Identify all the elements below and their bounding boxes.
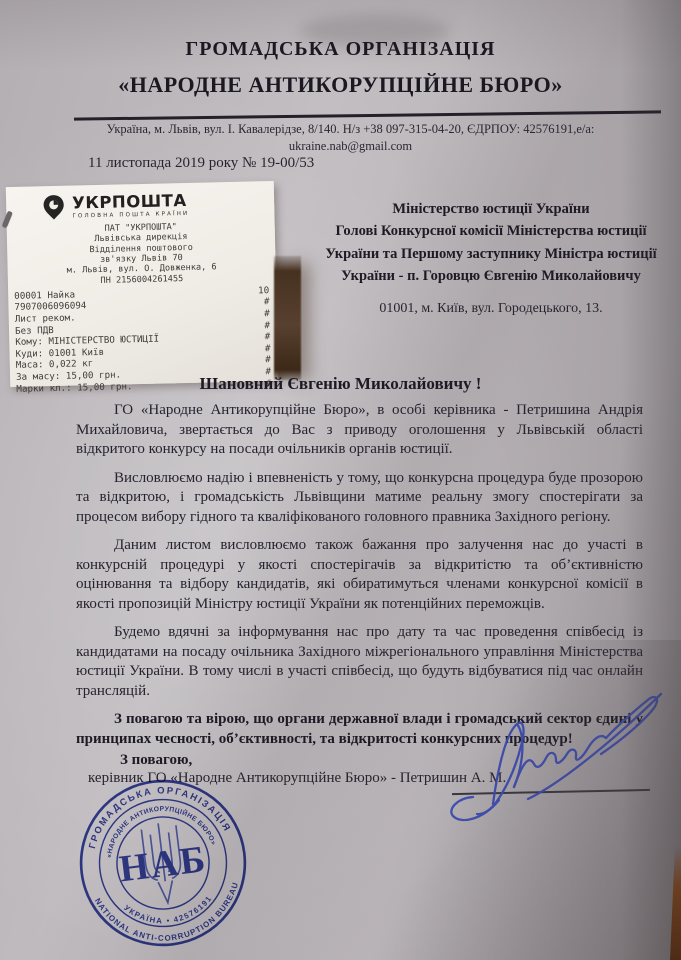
- recipient-block: Міністерство юстиції України Голові Конк…: [308, 198, 674, 320]
- svg-text:NATIONAL ANTI-CORRUPTION BUREA: NATIONAL ANTI-CORRUPTION BUREAU: [92, 880, 246, 952]
- brand-tagline: ГОЛОВНА ПОШТА КРАЇНИ: [72, 212, 189, 220]
- table-edge-sliver: [670, 846, 681, 960]
- letterhead-rule: [74, 110, 661, 120]
- paragraph-4: Будемо вдячні за інформування нас про да…: [76, 623, 643, 701]
- brand-name: УКРПОШТА: [72, 193, 189, 212]
- salutation: Шановний Євгенію Миколайовичу !: [0, 374, 681, 394]
- recipient-line: Міністерство юстиції України: [308, 198, 674, 220]
- receipt-item-value: #: [265, 355, 271, 367]
- letter-body: ГО «Народне Антикорупційне Бюро», в особ…: [76, 401, 643, 758]
- date-reference-line: 11 листопада 2019 року № 19-00/53: [88, 155, 314, 172]
- org-type-title: ГРОМАДСЬКА ОРГАНІЗАЦІЯ: [0, 38, 681, 61]
- signature-line: [452, 789, 650, 795]
- letterhead-address: Україна, м. Львів, вул. І. Кавалерідзе, …: [40, 121, 661, 155]
- letterhead-address-line: Україна, м. Львів, вул. І. Кавалерідзе, …: [40, 121, 661, 138]
- receipt-item-value: #: [264, 308, 270, 320]
- receipt-item-label: 7907006096094: [14, 301, 86, 314]
- paragraph-3: Даним листом висловлюємо також бажання п…: [76, 536, 643, 614]
- stamp-center-text: НАБ: [117, 838, 209, 890]
- paragraph-2: Висловлюємо надію і впевненість у тому, …: [76, 469, 643, 528]
- brand-text: УКРПОШТА ГОЛОВНА ПОШТА КРАЇНИ: [72, 193, 189, 220]
- nab-round-stamp: НАБ ГРОМАДСЬКА ОРГАНІЗАЦІЯ NATIONAL ANTI…: [66, 766, 260, 960]
- receipt-item-value: #: [264, 320, 270, 332]
- receipt-header: ПАТ "УКРПОШТА" Львівська дирекція Відділ…: [7, 220, 276, 288]
- receipt-item-label: Лист реком.: [15, 313, 76, 326]
- paragraph-closing-bold: З повагою та вірою, що органи державної …: [76, 710, 643, 749]
- receipt-item-value: 10: [258, 285, 269, 297]
- paragraph-1: ГО «Народне Антикорупційне Бюро», в особ…: [76, 401, 643, 460]
- stamp-outer-bottom-text: NATIONAL ANTI-CORRUPTION BUREAU: [92, 880, 246, 952]
- receipt-edge-shadow: [274, 256, 301, 380]
- recipient-line: України та Першому заступнику Міністра ю…: [308, 243, 674, 265]
- recipient-line: Голові Конкурсної комісії Міністерства ю…: [308, 220, 674, 242]
- location-pin-icon: [42, 194, 66, 224]
- ukrposhta-logo: УКРПОШТА ГОЛОВНА ПОШТА КРАЇНИ: [42, 189, 275, 223]
- receipt-item-value: #: [265, 331, 271, 343]
- letterhead-email: ukraine.nab@gmail.com: [40, 138, 661, 155]
- receipt-item-value: #: [264, 297, 270, 309]
- letter-photo: ГРОМАДСЬКА ОРГАНІЗАЦІЯ «НАРОДНЕ АНТИКОРУ…: [0, 0, 681, 960]
- receipt-item-value: #: [265, 343, 271, 355]
- letterhead: ГРОМАДСЬКА ОРГАНІЗАЦІЯ «НАРОДНЕ АНТИКОРУ…: [0, 38, 681, 98]
- postal-receipt: УКРПОШТА ГОЛОВНА ПОШТА КРАЇНИ ПАТ "УКРПО…: [6, 181, 278, 387]
- org-name-title: «НАРОДНЕ АНТИКОРУПЦІЙНЕ БЮРО»: [0, 72, 681, 98]
- recipient-address: 01001, м. Київ, вул. Городецького, 13.: [308, 298, 674, 320]
- recipient-line: України - п. Горовцю Євгенію Миколайович…: [308, 265, 674, 287]
- closing-regards: З повагою,: [120, 752, 192, 769]
- receipt-item-label: Без ПДВ: [15, 325, 54, 337]
